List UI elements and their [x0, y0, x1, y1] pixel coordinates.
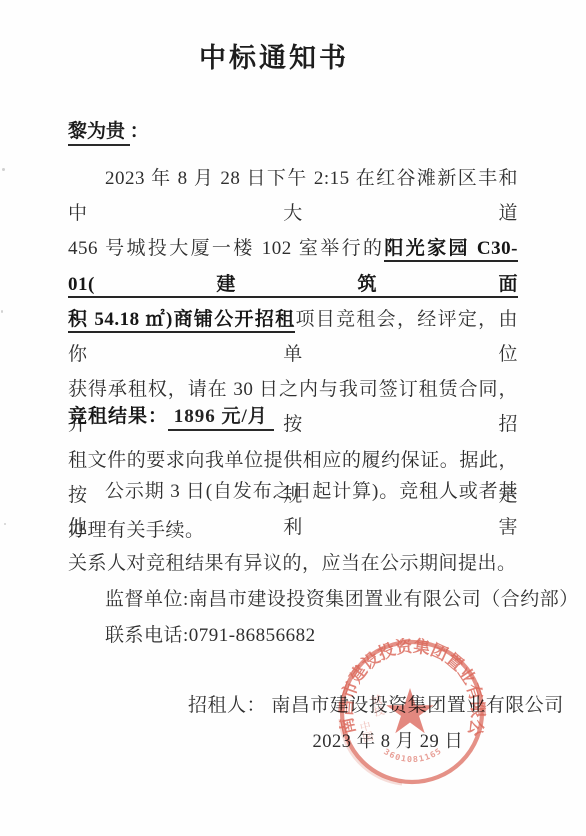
phone-line: 联系电话:0791-86856682 [68, 618, 518, 654]
para1-line2-normal: 456 号城投大厦一楼 102 室举行的 [68, 238, 384, 259]
recipient-line: 黎为贵 ： [68, 119, 149, 145]
scan-speck [2, 168, 5, 171]
para1-line2: 456 号城投大厦一楼 102 室举行的阳光家园 C30-01(建筑面 [68, 231, 518, 301]
rent-result-value: 1896 元/月 [168, 406, 274, 431]
notice-paragraph: 公示期 3 日(自发布之日起计算)。竞租人或者其他利害 关系人对竞租结果有异议的… [68, 474, 518, 654]
para2-line1: 公示期 3 日(自发布之日起计算)。竞租人或者其他利害 [68, 474, 518, 546]
para2-line2: 关系人对竞租结果有异议的，应当在公示期间提出。 [68, 546, 518, 582]
para1-line1: 2023 年 8 月 28 日下午 2:15 在红谷滩新区丰和中大道 [68, 161, 518, 231]
supervisor-line: 监督单位:南昌市建设投资集团置业有限公司（合约部） [68, 582, 518, 618]
recipient-colon: ： [130, 121, 149, 142]
scan-speck [4, 523, 6, 525]
signature-date-line: 2023 年 8 月 29 日 [268, 727, 508, 753]
lessor-signature-line: 招租人： 南昌市建设投资集团置业有限公司 [188, 690, 564, 717]
rent-result-line: 竞租结果： 1896 元/月 [68, 402, 274, 432]
project-name-bold-part2: 积 54.18 ㎡)商铺公开招租 [68, 309, 295, 333]
rent-result-label: 竞租结果： [68, 406, 168, 427]
scanned-document-page: 中标通知书 黎为贵 ： 2023 年 8 月 28 日下午 2:15 在红谷滩新… [0, 0, 586, 836]
scan-speck [1, 310, 3, 313]
recipient-name: 黎为贵 [68, 121, 130, 146]
document-title: 中标通知书 [0, 36, 567, 75]
para1-line3: 积 54.18 ㎡)商铺公开招租项目竞租会，经评定，由你单位 [68, 302, 518, 372]
